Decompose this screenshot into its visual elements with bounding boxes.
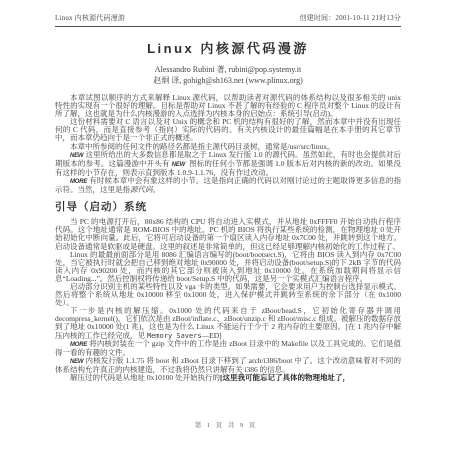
section-paragraph-6: NEW内核发行版 1.1.75 将 boot 和 zBoot 目录下移到了 ar… (55, 357, 401, 374)
page-number: 第 1 页 共 9 页 (0, 420, 452, 429)
new-badge-icon-2: NEW (70, 359, 83, 365)
section-paragraph-7-bold-note: [这里我可能忘记了具体的物理地址了， (220, 373, 350, 382)
document-page: Linux 内核源代码漫游 创建时间：2001-10-11 21时13分 Lin… (0, 0, 452, 452)
section-paragraph-7: 解压过的代码是从地址 0x10100 处开始执行的[这里我可能忘记了具体的物理地… (55, 374, 401, 382)
author-line: Alessandro Rubini 著, rubini@pop.systemy.… (55, 64, 401, 75)
intro-paragraph-5-tail: 。 (153, 185, 161, 194)
intro-paragraph-4: NEW这里所给出的大多数信息都是取之于 Linux 发行版 1.0 的源代码。虽… (55, 151, 401, 177)
intro-paragraph-1: 本章试图以顺序的方式来解释 Linux 源代码，以帮助读者对源代码的体系结构以及… (55, 94, 401, 118)
intro-paragraph-5-text: 有时候本章中会有象这样的小节。这是指向正确的代码以对刚讨论过的主题取得更多信息的… (55, 176, 401, 194)
intro-paragraph-5: MORE有时候本章中会有象这样的小节。这是指向正确的代码以对刚讨论过的主题取得更… (55, 177, 401, 194)
more-badge-icon-2: MORE (70, 342, 87, 348)
header-doc-title: Linux 内核源代码漫游 (55, 13, 125, 23)
intro-paragraph-5-emphasis: 源代码 (130, 185, 153, 194)
new-badge-inline-icon: NEW (172, 162, 185, 168)
intro-paragraph-2: 这份材料需要对 C 语言以及对 Unix 的概念和 PC 机的结构有很好的了解，… (55, 118, 401, 142)
translator-line: 赵炯 译, gohigh@sh163.net (www.plinux.org) (55, 75, 401, 86)
section-paragraph-4-text: 下一步是内核的解压缩。0x1000 处的代码来自于 zBoot/head.S，它… (55, 306, 401, 339)
section-paragraph-5: MORE将内核封装在一个 gzip 文件中的工作是由 zBoot 目录中的 Ma… (55, 340, 401, 357)
running-header: Linux 内核源代码漫游 创建时间：2001-10-11 21时13分 (55, 13, 401, 27)
section-paragraph-6-text: 内核发行版 1.1.75 将 boot 和 zBoot 目录下移到了 arch/… (55, 356, 401, 374)
section-paragraph-1: 当 PC 的电源打开后，80x86 结构的 CPU 将自动进入实模式，并从地址 … (55, 218, 401, 250)
byline: Alessandro Rubini 著, rubini@pop.systemy.… (55, 64, 401, 86)
section-paragraph-7-text: 解压过的代码是从地址 0x10100 处开始执行的 (70, 373, 220, 382)
section-paragraph-2: Linux 的最最前面部分是用 8086 汇编语言编写的(boot/bootse… (55, 251, 401, 283)
page-title: Linux 内核源代码漫游 (55, 38, 401, 57)
section-heading: 引导（启动）系统 (55, 203, 401, 211)
section-paragraph-5-text: 将内核封装在一个 gzip 文件中的工作是由 zBoot 目录中的 Makefi… (55, 339, 401, 357)
page-content: Linux 内核源代码漫游 创建时间：2001-10-11 21时13分 Lin… (55, 13, 401, 382)
header-created-date: 创建时间：2001-10-11 21时13分 (299, 13, 401, 23)
section-paragraph-3: 启动部分识别主机的某些特性以及 vga 卡的类型。如果需要，它会要求用户为控制台… (55, 283, 401, 307)
section-paragraph-4: 下一步是内核的解压缩。0x1000 处的代码来自于 zBoot/head.S，它… (55, 307, 401, 339)
new-badge-icon: NEW (70, 153, 83, 159)
document-body: 本章试图以顺序的方式来解释 Linux 源代码，以帮助读者对源代码的体系结构以及… (55, 94, 401, 382)
